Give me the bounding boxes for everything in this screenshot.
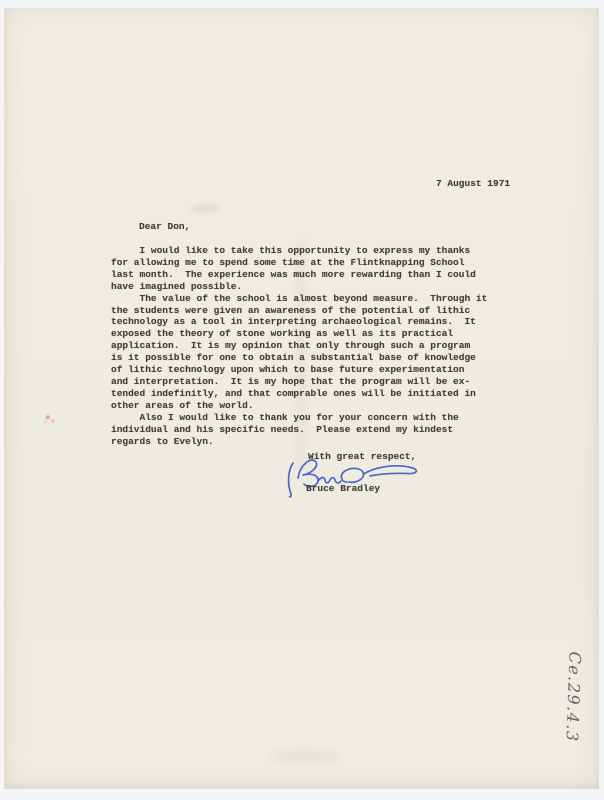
body-line: the students were given an awareness of … bbox=[111, 305, 487, 317]
body-line: regards to Evelyn. bbox=[111, 436, 487, 448]
body-line: The value of the school is almost beyond… bbox=[111, 293, 487, 305]
body-line: tended indefinitly, and that comprable o… bbox=[111, 388, 487, 400]
body-line: technology as a tool in interpreting arc… bbox=[111, 316, 487, 328]
body-line: I would like to take this opportunity to… bbox=[111, 245, 487, 257]
paper-smudge bbox=[190, 204, 220, 213]
body-line: have imagined possible. bbox=[111, 281, 487, 293]
body-line: last month. The experience was much more… bbox=[111, 269, 487, 281]
body-line: for allowing me to spend some time at th… bbox=[111, 257, 487, 269]
letter-body: I would like to take this opportunity to… bbox=[111, 245, 487, 447]
body-line: of lithic technology upon which to base … bbox=[111, 364, 487, 376]
body-line: individual and his specific needs. Pleas… bbox=[111, 424, 487, 436]
body-line: and interpretation. It is my hope that t… bbox=[111, 376, 487, 388]
archive-code-annotation: Ce.29.4.3 bbox=[557, 638, 585, 757]
body-line: other areas of the world. bbox=[111, 400, 487, 412]
red-ink-mark bbox=[43, 413, 57, 425]
typed-signature-name: Bruce Bradley bbox=[306, 483, 380, 495]
scanned-letter-page: 7 August 1971 Dear Don, I would like to … bbox=[0, 0, 604, 800]
body-line: application. It is my opinion that only … bbox=[111, 340, 487, 352]
body-line: Also I would like to thank you for your … bbox=[111, 412, 487, 424]
body-line: is it possible for one to obtain a subst… bbox=[111, 352, 487, 364]
salutation: Dear Don, bbox=[139, 221, 190, 233]
paper-stain bbox=[270, 750, 340, 764]
body-line: exposed the theory of stone working as w… bbox=[111, 328, 487, 340]
letter-date: 7 August 1971 bbox=[436, 178, 510, 190]
